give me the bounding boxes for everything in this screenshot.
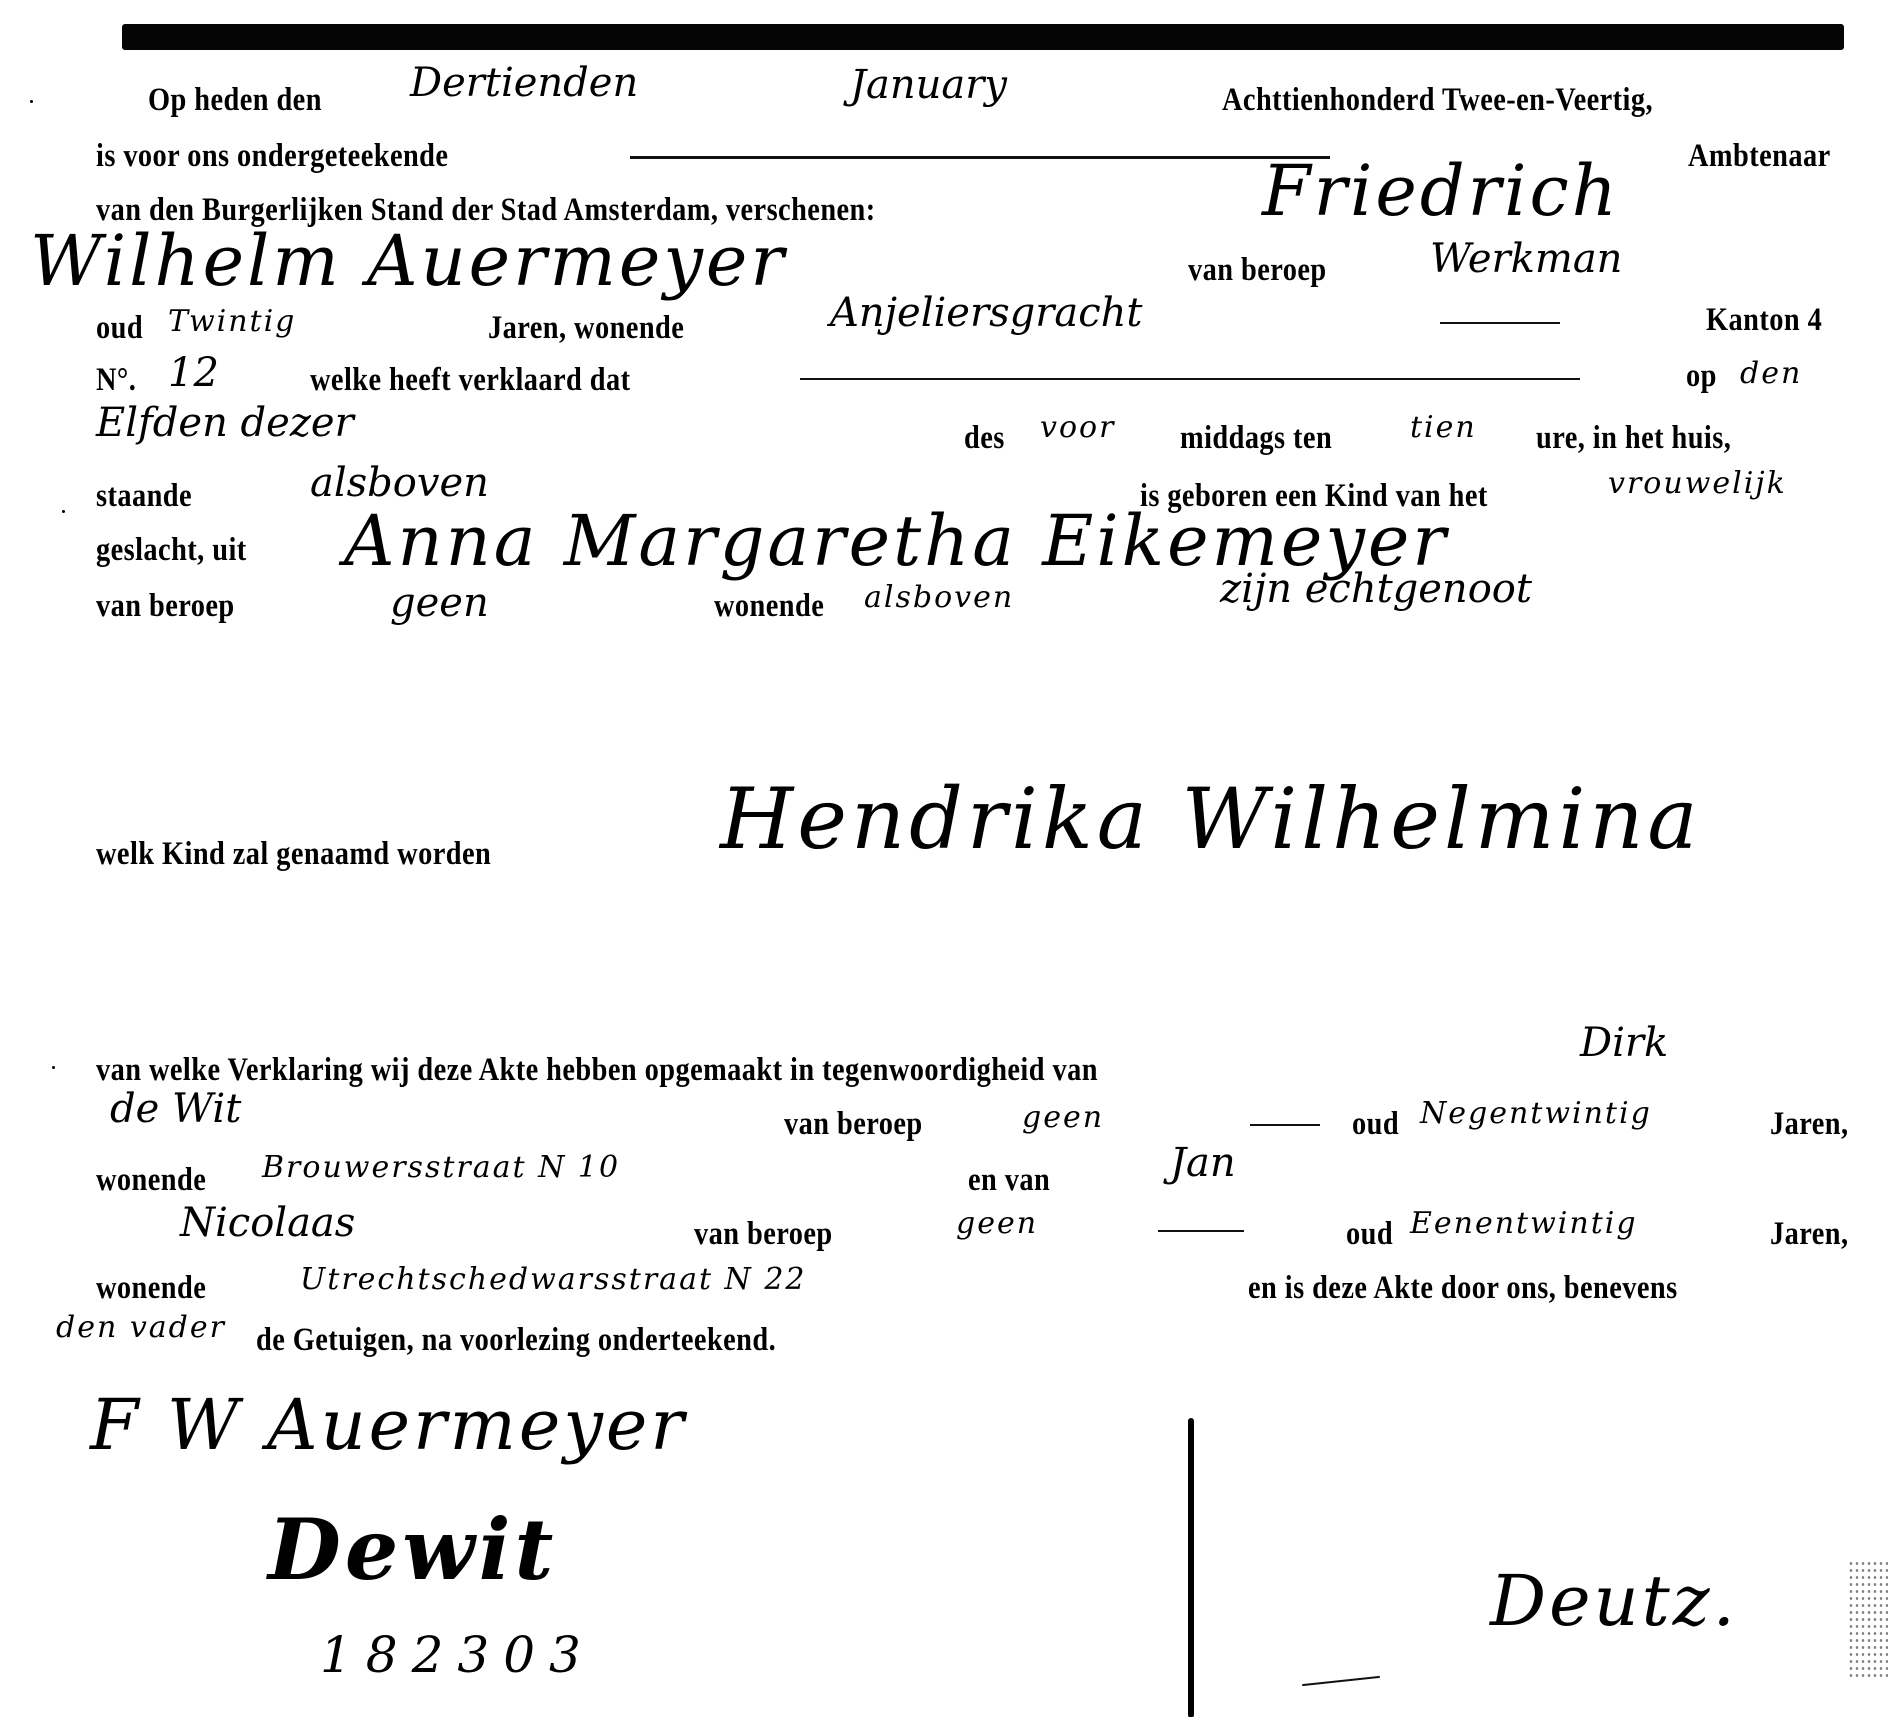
printed-text: welk Kind zal genaamd worden xyxy=(96,836,491,873)
printed-text: staande xyxy=(96,478,192,515)
birth-record-page: Op heden den Dertienden January Achttien… xyxy=(0,0,1888,1717)
printed-text: oud xyxy=(1346,1216,1393,1253)
signature-number: 182303 xyxy=(320,1626,595,1684)
signature-declarant: F W Auermeyer xyxy=(90,1384,687,1466)
signature-official: Deutz. xyxy=(1490,1560,1738,1642)
printed-text: ure, in het huis, xyxy=(1536,420,1731,457)
handwritten-child-name: Hendrika Wilhelmina xyxy=(720,770,1702,868)
blank-line xyxy=(1440,322,1560,324)
handwritten-age: Twintig xyxy=(168,304,296,339)
printed-text: van beroep xyxy=(1188,252,1327,289)
printed-text: en is deze Akte door ons, benevens xyxy=(1248,1270,1678,1307)
handwritten-hour: tien xyxy=(1410,410,1477,445)
printed-text: oud xyxy=(1352,1106,1399,1143)
scan-speck xyxy=(30,100,33,103)
handwritten-note: zijn echtgenoot xyxy=(1220,566,1532,612)
handwritten-witness2-occupation: geen xyxy=(956,1206,1038,1241)
printed-text: en van xyxy=(968,1162,1050,1199)
printed-text: Jaren, xyxy=(1770,1216,1849,1253)
printed-text: N°. xyxy=(96,362,136,399)
handwritten-birth-date: Elfden dezer xyxy=(96,400,354,446)
printed-year: Achttienhonderd Twee-en-Veertig, xyxy=(1222,82,1653,119)
printed-text: Jaren, xyxy=(1770,1106,1849,1143)
blank-line xyxy=(800,378,1580,380)
handwritten-residence: Anjeliersgracht xyxy=(830,290,1142,336)
printed-text: van beroep xyxy=(694,1216,833,1253)
handwritten-mother-residence: alsboven xyxy=(864,580,1014,615)
scan-speck xyxy=(52,1066,55,1069)
printed-text: wonende xyxy=(714,588,824,625)
printed-kanton: Kanton 4 xyxy=(1706,302,1822,339)
signature-witness: Dewit xyxy=(268,1500,557,1599)
printed-text: middags ten xyxy=(1180,420,1332,457)
handwritten-mother-occupation: geen xyxy=(390,580,489,626)
handwritten-witness2-first: Jan xyxy=(1170,1140,1236,1186)
handwritten-voor: voor xyxy=(1040,410,1115,445)
handwritten-occupation: Werkman xyxy=(1430,236,1622,282)
handwritten-witness1-first: Dirk xyxy=(1580,1020,1668,1066)
printed-text: van welke Verklaring wij deze Akte hebbe… xyxy=(96,1052,1098,1089)
printed-text: des xyxy=(964,420,1005,457)
printed-text: Ambtenaar xyxy=(1688,138,1831,175)
handwritten-sex: vrouwelijk xyxy=(1608,466,1787,501)
printed-text: wonende xyxy=(96,1270,206,1307)
printed-text: van beroep xyxy=(96,588,235,625)
handwritten-declarant-first: Friedrich xyxy=(1262,150,1620,232)
handwritten-witness1-age: Negentwintig xyxy=(1420,1096,1652,1131)
underline-stroke xyxy=(1302,1676,1380,1686)
printed-text: is voor ons ondergeteekende xyxy=(96,138,448,175)
printed-text: Op heden den xyxy=(148,82,322,119)
blank-line xyxy=(630,156,1330,159)
handwritten-declarant-name: Wilhelm Auermeyer xyxy=(30,220,787,302)
printed-text: welke heeft verklaard dat xyxy=(310,362,631,399)
handwritten-witness2-residence: Utrechtschedwarsstraat N 22 xyxy=(300,1262,807,1297)
handwritten-witness2-age: Eenentwintig xyxy=(1410,1206,1638,1241)
header-rule xyxy=(122,24,1844,50)
scan-speck xyxy=(62,510,65,513)
handwritten-den: den xyxy=(1740,356,1802,391)
printed-text: geslacht, uit xyxy=(96,532,247,569)
signature-brace xyxy=(1188,1418,1194,1717)
printed-text: op xyxy=(1686,358,1717,395)
handwritten-witness2-last: Nicolaas xyxy=(180,1200,355,1246)
blank-line xyxy=(1250,1124,1320,1126)
handwritten-day: Dertienden xyxy=(410,60,638,106)
handwritten-witness1-occupation: geen xyxy=(1022,1100,1104,1135)
handwritten-month: January xyxy=(850,62,1007,108)
printed-text: oud xyxy=(96,310,143,347)
scan-noise xyxy=(1848,1560,1888,1680)
printed-text: wonende xyxy=(96,1162,206,1199)
handwritten-extra-note: den vader xyxy=(56,1310,226,1345)
handwritten-witness1-residence: Brouwersstraat N 10 xyxy=(262,1150,620,1185)
blank-line xyxy=(1158,1230,1244,1232)
printed-text: van beroep xyxy=(784,1106,923,1143)
printed-text: de Getuigen, na voorlezing onderteekend. xyxy=(256,1322,776,1359)
handwritten-witness1-last: de Wit xyxy=(110,1086,241,1132)
handwritten-house-number: 12 xyxy=(168,350,219,396)
printed-text: Jaren, wonende xyxy=(488,310,684,347)
